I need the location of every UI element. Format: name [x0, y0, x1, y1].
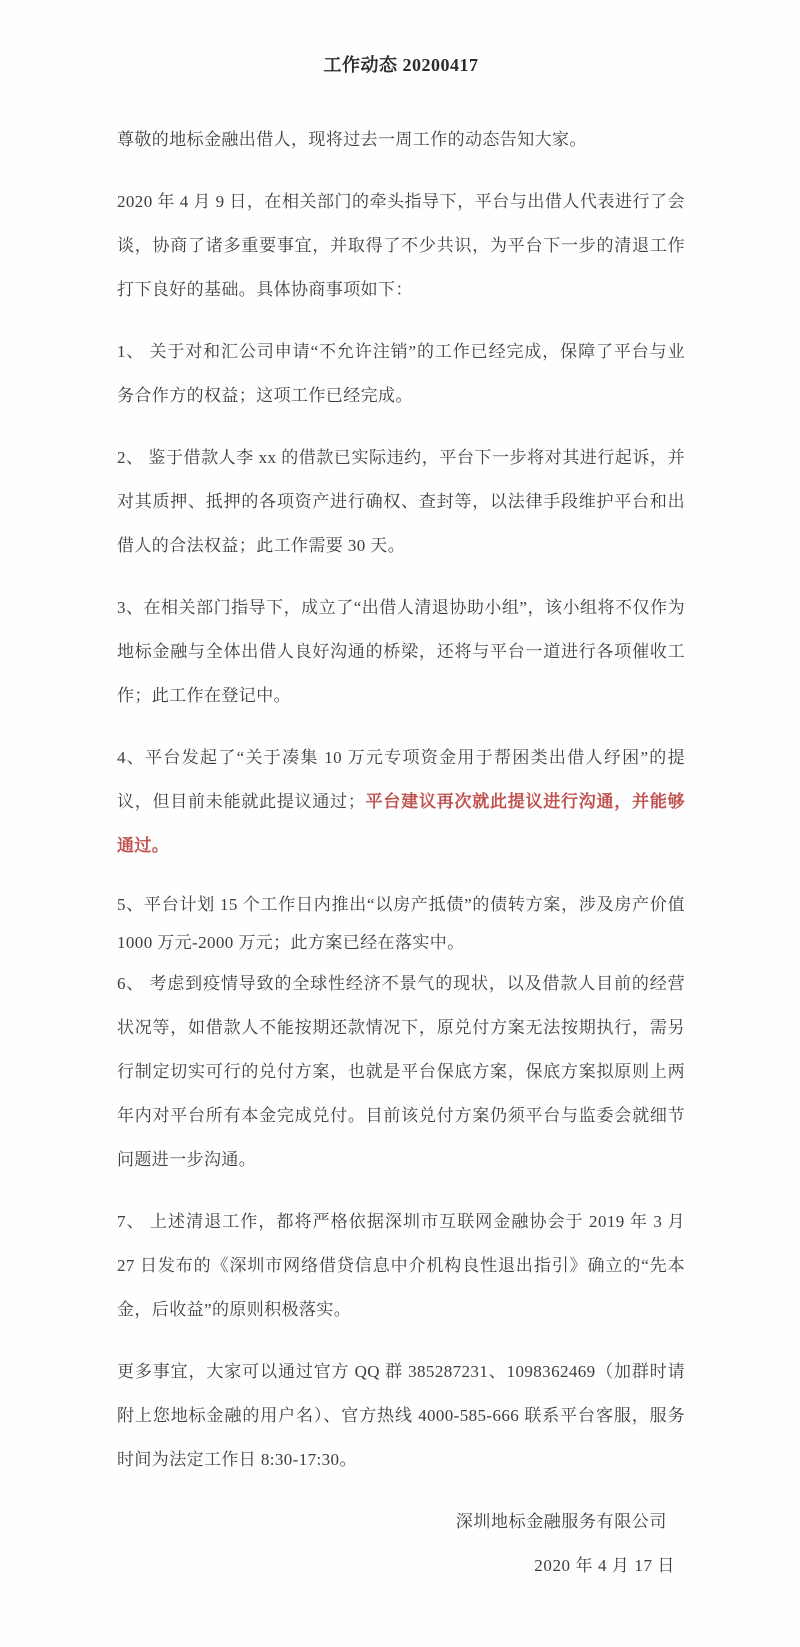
paragraph-intro: 2020 年 4 月 9 日，在相关部门的牵头指导下，平台与出借人代表进行了会谈…: [117, 180, 685, 312]
company-signature: 深圳地标金融服务有限公司: [117, 1500, 685, 1544]
document-title: 工作动态 20200417: [117, 52, 685, 78]
list-item-7: 7、 上述清退工作，都将严格依据深圳市互联网金融协会于 2019 年 3 月 2…: [117, 1200, 685, 1332]
list-item-2: 2、 鉴于借款人李 xx 的借款已实际违约，平台下一步将对其进行起诉，并对其质押…: [117, 436, 685, 568]
document-date: 2020 年 4 月 17 日: [117, 1544, 685, 1588]
paragraph-greeting: 尊敬的地标金融出借人，现将过去一周工作的动态告知大家。: [117, 118, 685, 162]
list-item-3: 3、在相关部门指导下，成立了“出借人清退协助小组”，该小组将不仅作为地标金融与全…: [117, 586, 685, 718]
document-page: 工作动态 20200417 尊敬的地标金融出借人，现将过去一周工作的动态告知大家…: [0, 0, 800, 1647]
list-item-5: 5、平台计划 15 个工作日内推出“以房产抵债”的债转方案，涉及房产价值 100…: [117, 886, 685, 962]
paragraph-contact-info: 更多事宜，大家可以通过官方 QQ 群 385287231、1098362469（…: [117, 1350, 685, 1482]
list-item-6: 6、 考虑到疫情导致的全球性经济不景气的现状，以及借款人目前的经营状况等，如借款…: [117, 962, 685, 1182]
list-item-1: 1、 关于对和汇公司申请“不允许注销”的工作已经完成，保障了平台与业务合作方的权…: [117, 330, 685, 418]
list-item-4: 4、平台发起了“关于凑集 10 万元专项资金用于帮困类出借人纾困”的提议，但目前…: [117, 736, 685, 868]
